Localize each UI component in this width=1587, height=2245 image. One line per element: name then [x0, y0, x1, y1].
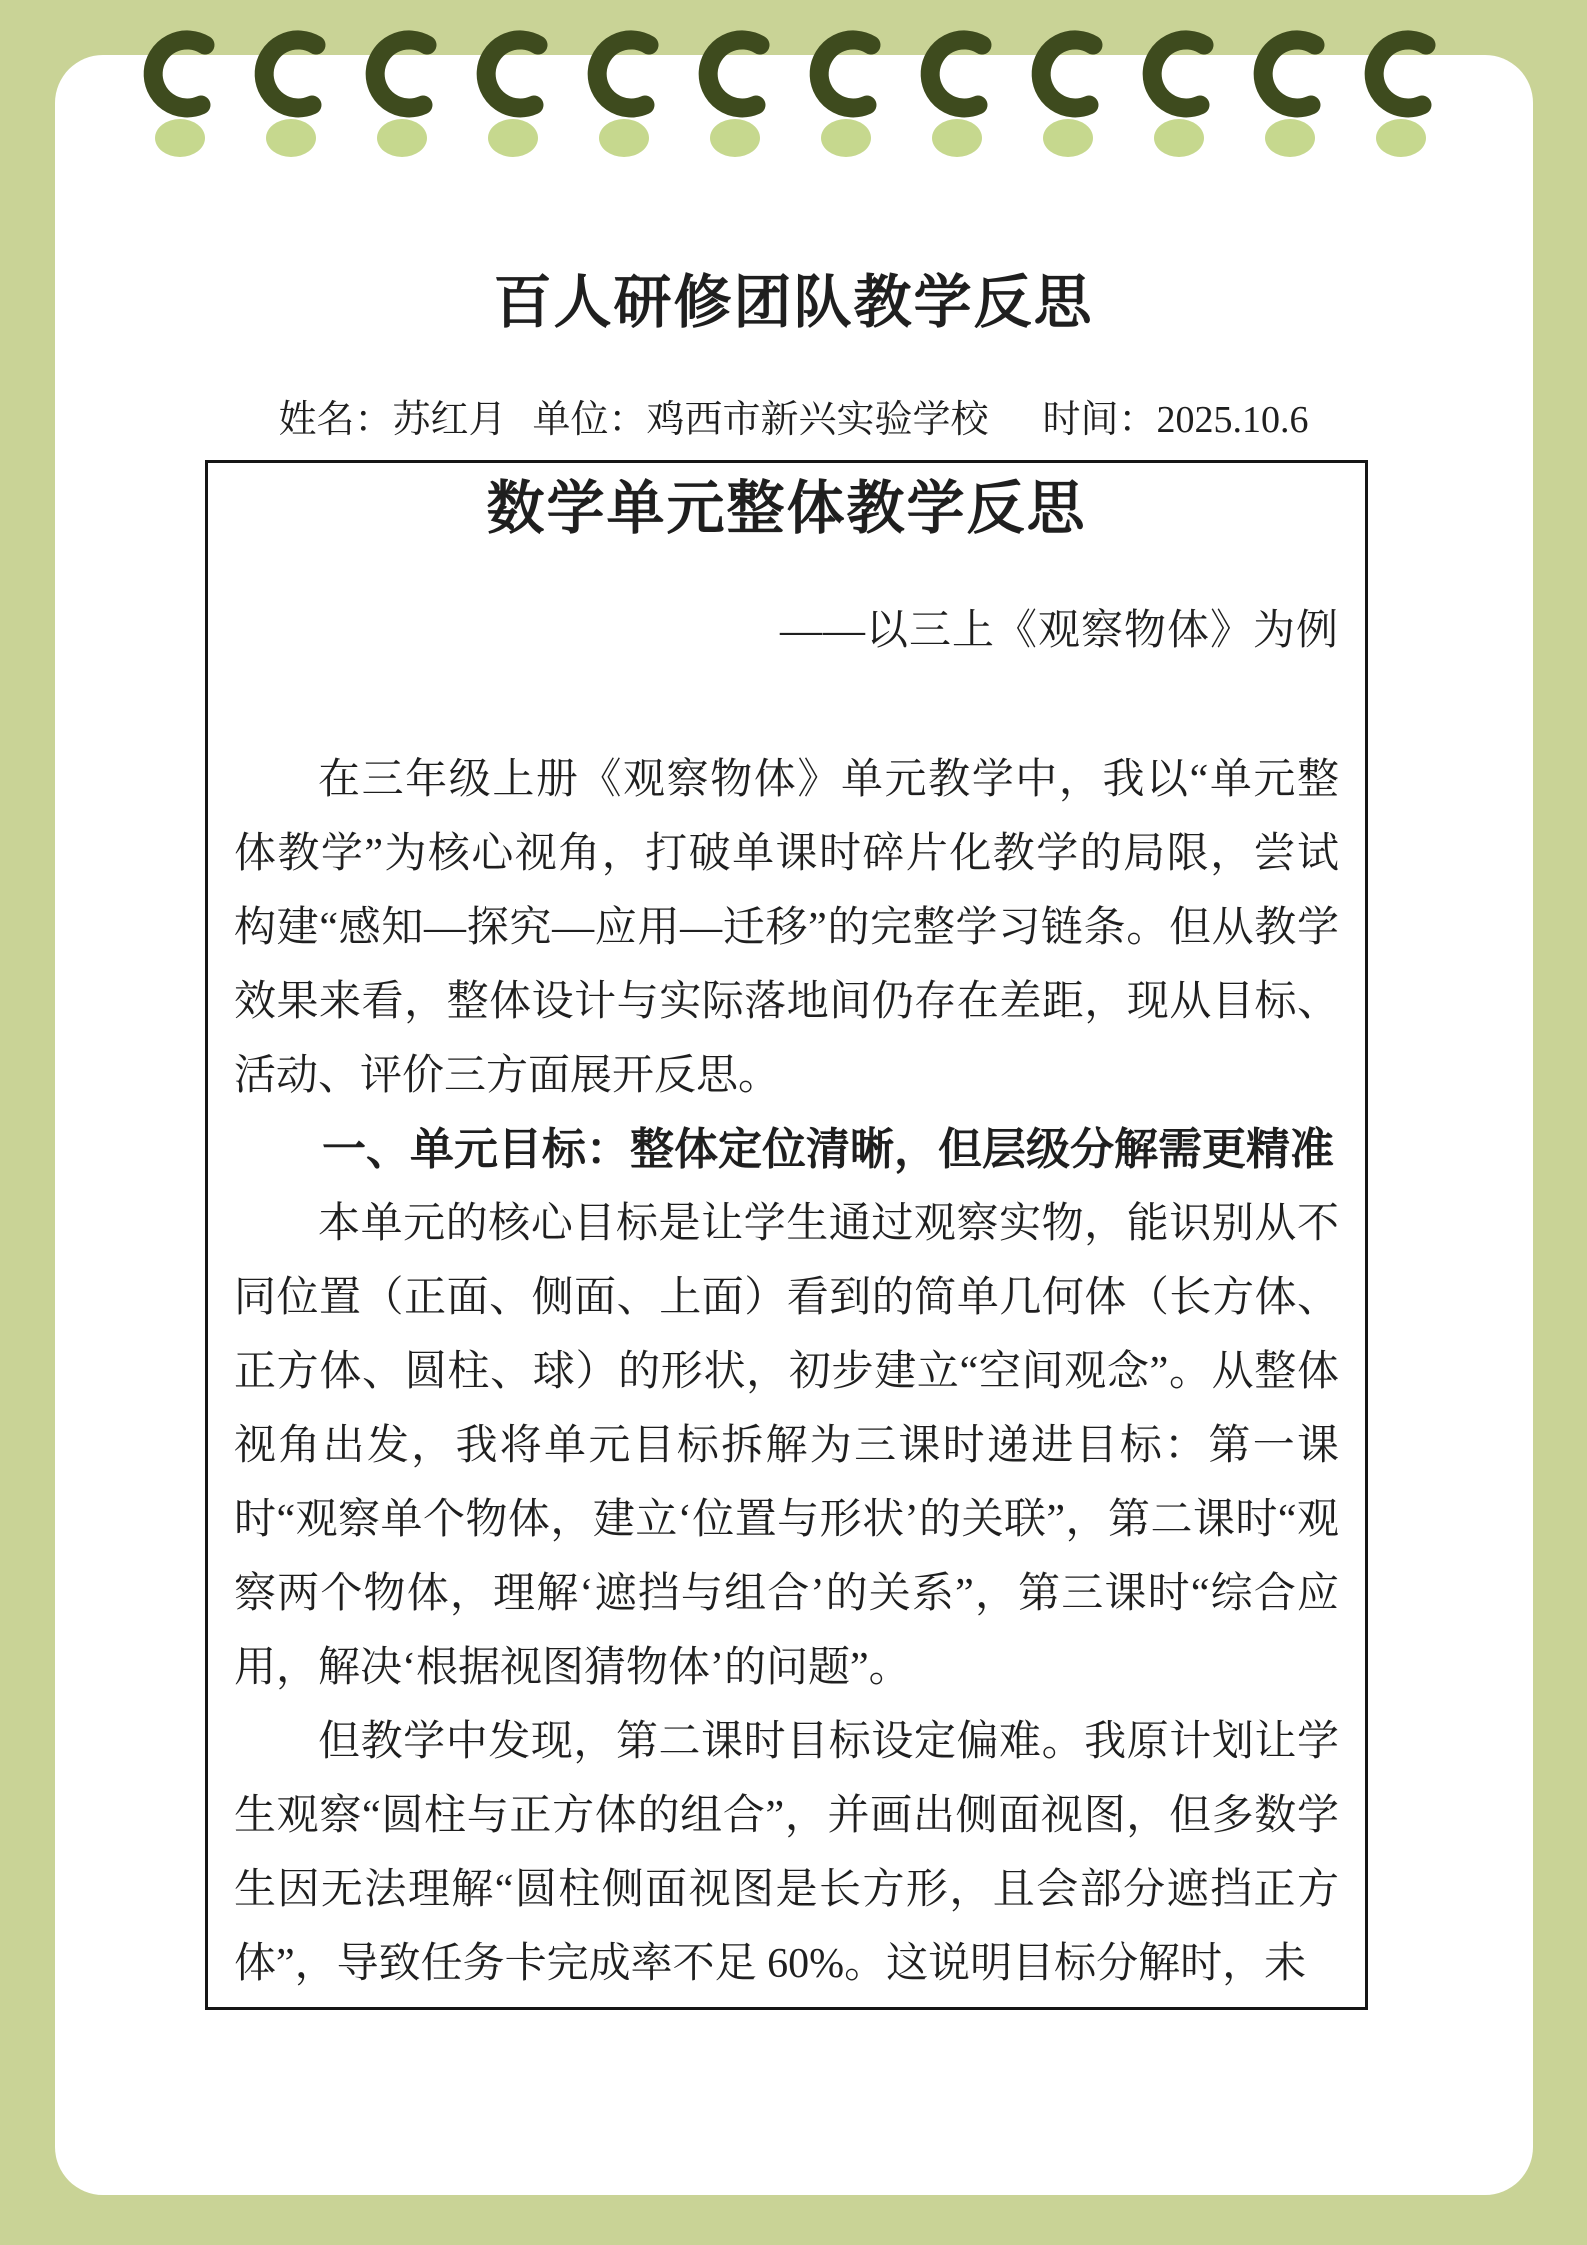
punched-hole [155, 119, 205, 157]
punched-hole [266, 119, 316, 157]
spiral-ring-icon [132, 0, 243, 165]
punched-hole [488, 119, 538, 157]
spiral-ring-icon [1131, 0, 1242, 165]
punched-hole [599, 119, 649, 157]
document-subtitle: ——以三上《观察物体》为例 [208, 605, 1365, 657]
document-title: 数学单元整体教学反思 [208, 477, 1365, 541]
spiral-ring-icon [243, 0, 354, 165]
spiral-ring-icon [909, 0, 1020, 165]
section-heading-1: 一、单元目标：整体定位清晰，但层级分解需更精准 [234, 1113, 1339, 1187]
paragraph-goals: 本单元的核心目标是让学生通过观察实物，能识别从不同位置（正面、侧面、上面）看到的… [234, 1187, 1339, 1705]
page-title: 百人研修团队教学反思 [0, 272, 1587, 334]
reflection-document-box: 数学单元整体教学反思 ——以三上《观察物体》为例 在三年级上册《观察物体》单元教… [205, 460, 1368, 2010]
spiral-ring-icon [576, 0, 687, 165]
punched-hole [1265, 119, 1315, 157]
punched-hole [932, 119, 982, 157]
punched-hole [821, 119, 871, 157]
spiral-ring-icon [1020, 0, 1131, 165]
spiral-ring-icon [354, 0, 465, 165]
paragraph-intro: 在三年级上册《观察物体》单元教学中，我以“单元整体教学”为核心视角，打破单课时碎… [234, 743, 1339, 1113]
spiral-ring-icon [1242, 0, 1353, 165]
author-info-line: 姓名：苏红月 单位：鸡西市新兴实验学校 时间：2025.10.6 [0, 396, 1587, 444]
punched-hole [1154, 119, 1204, 157]
punched-hole [1043, 119, 1093, 157]
spiral-ring-icon [798, 0, 909, 165]
document-date: 时间：2025.10.6 [1043, 396, 1309, 444]
notebook-canvas: 百人研修团队教学反思 姓名：苏红月 单位：鸡西市新兴实验学校 时间：2025.1… [0, 0, 1587, 2245]
paragraph-findings: 但教学中发现，第二课时目标设定偏难。我原计划让学生观察“圆柱与正方体的组合”，并… [234, 1705, 1339, 2001]
punched-hole [1376, 119, 1426, 157]
punched-hole [377, 119, 427, 157]
document-body: 在三年级上册《观察物体》单元教学中，我以“单元整体教学”为核心视角，打破单课时碎… [208, 743, 1365, 2001]
author-school: 单位：鸡西市新兴实验学校 [532, 396, 988, 444]
punched-hole [710, 119, 760, 157]
spiral-ring-icon [687, 0, 798, 165]
spiral-ring-icon [465, 0, 576, 165]
author-name: 姓名：苏红月 [278, 396, 506, 444]
spiral-ring-icon [1353, 0, 1464, 165]
spiral-row [132, 0, 1464, 165]
